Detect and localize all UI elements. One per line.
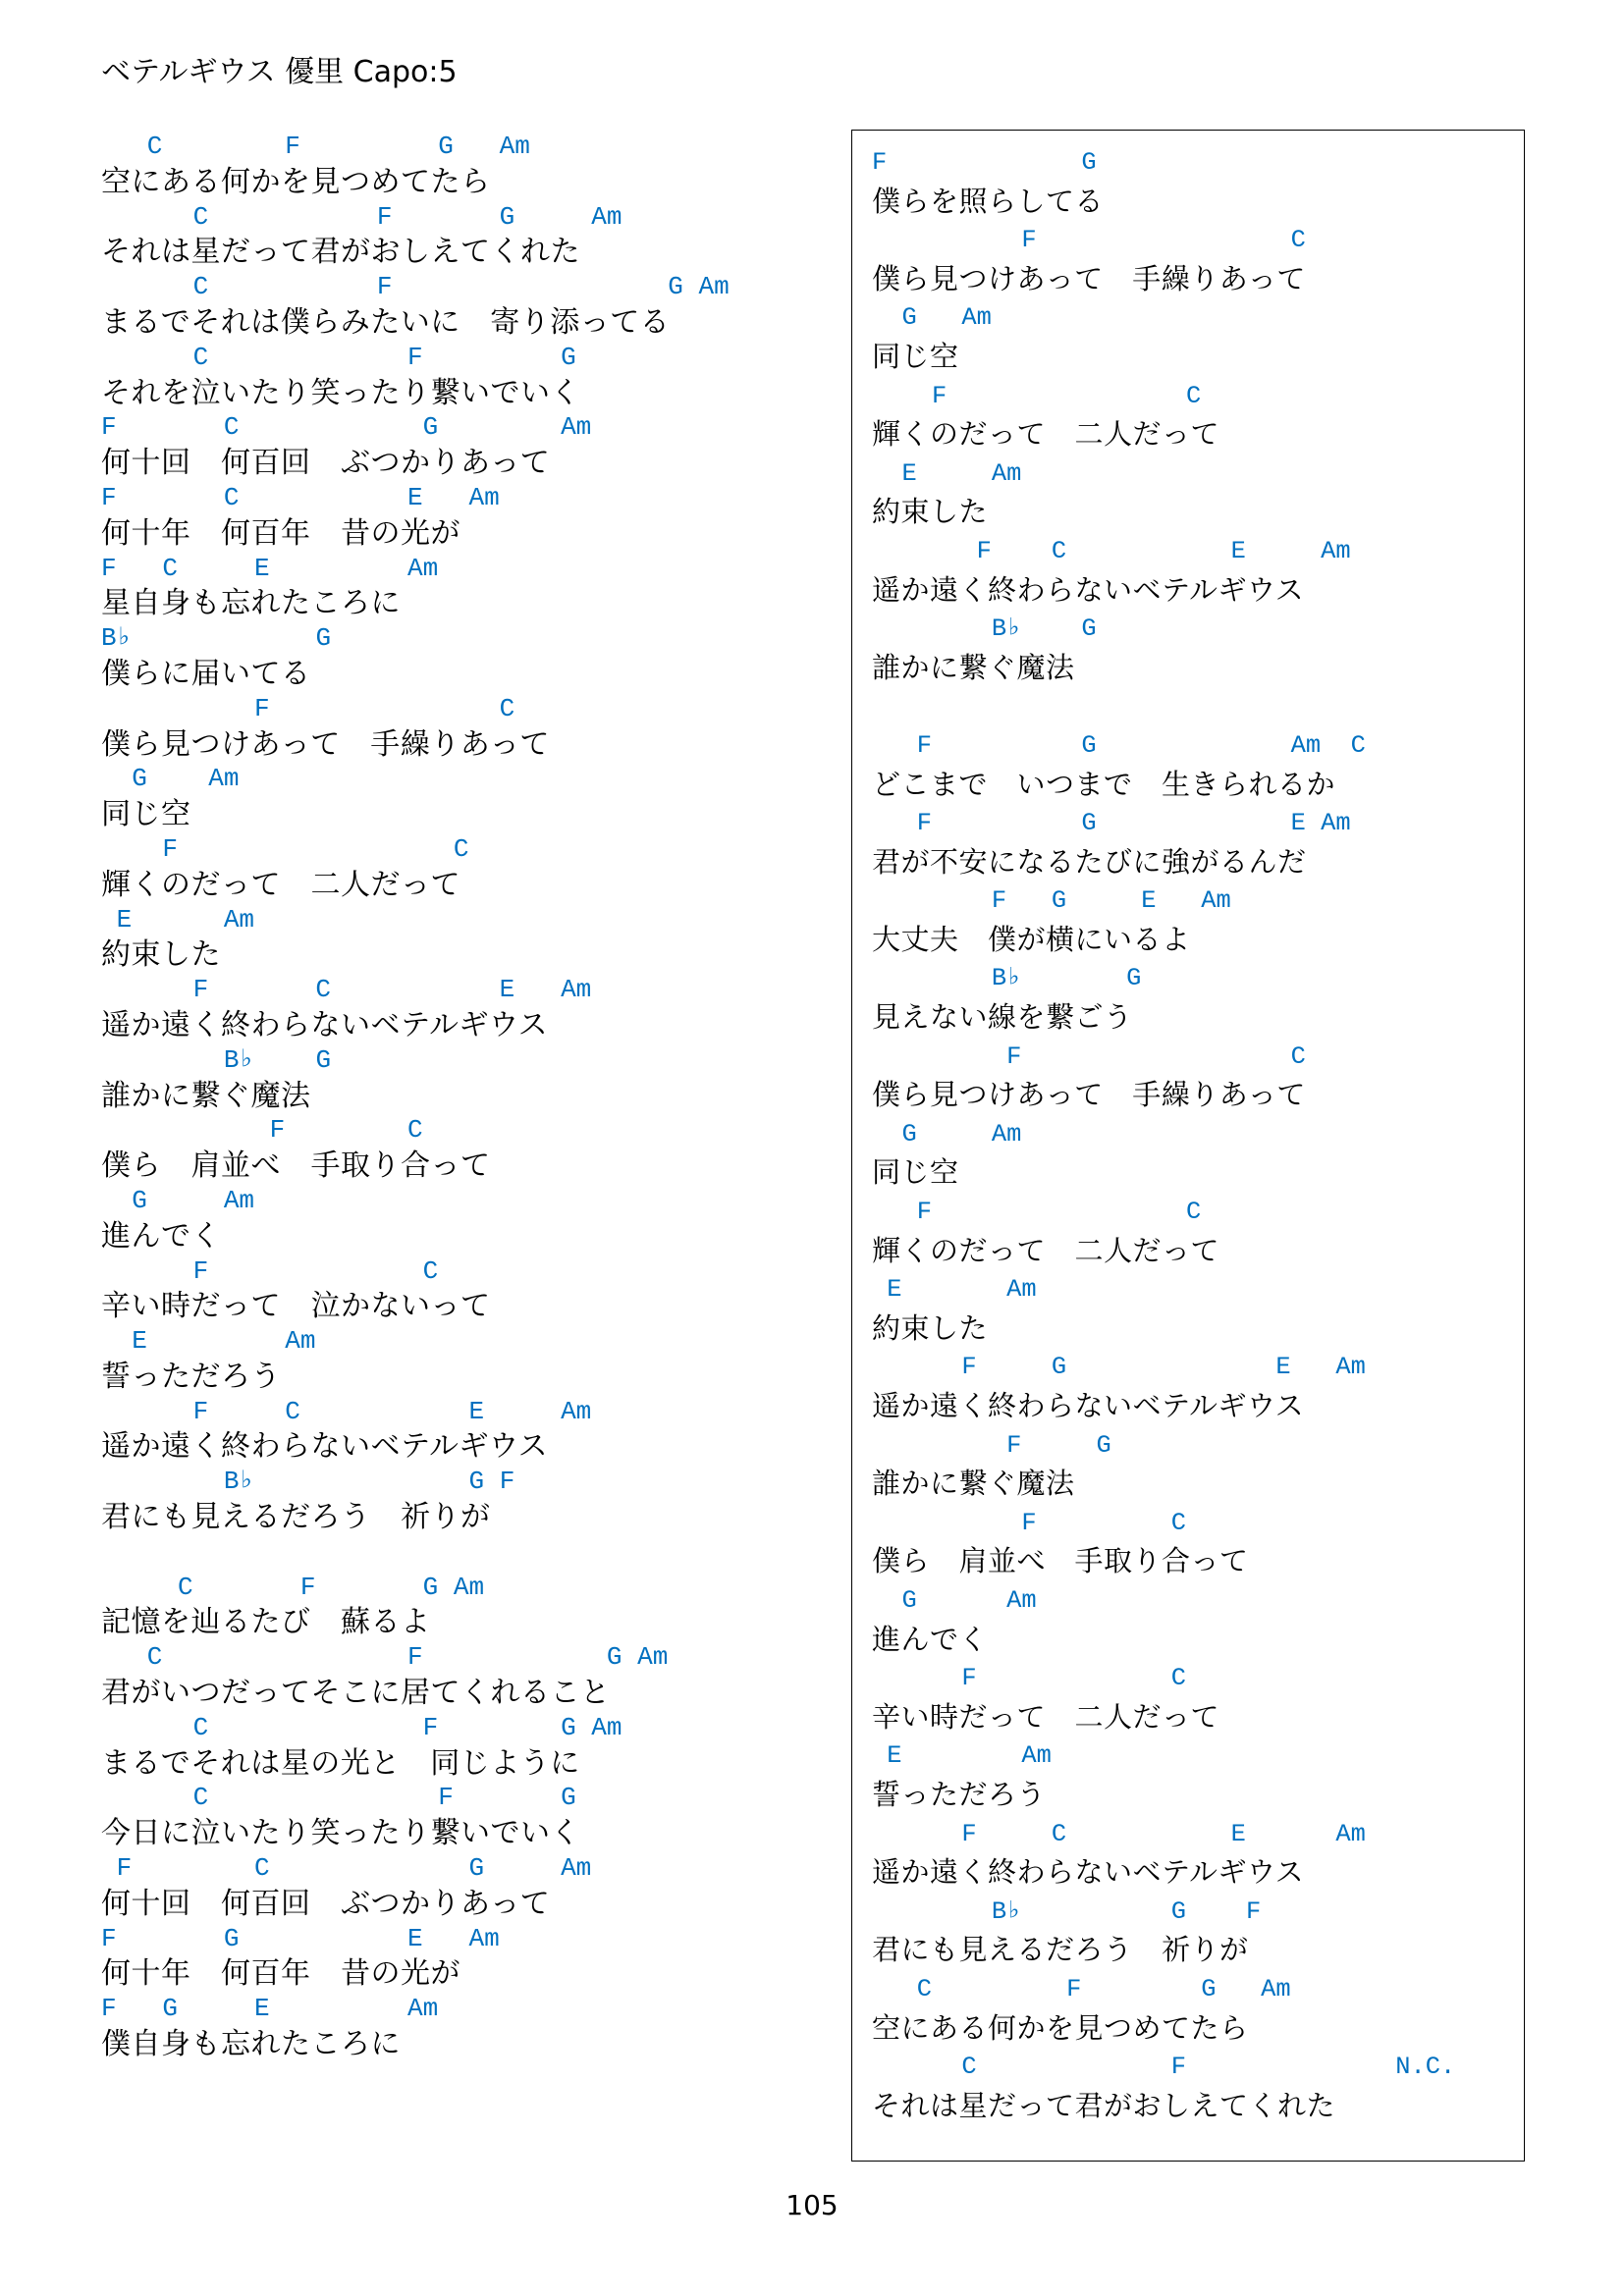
chord-line: F C: [101, 832, 808, 868]
chord-line: C F G Am: [872, 1970, 1510, 2009]
lyric-line: 誰かに繋ぐ魔法: [872, 649, 1510, 688]
right-column: F G僕らを照らしてる F C僕ら見つけあって 手繰りあって G Am同じ空 F…: [872, 143, 1510, 2125]
lyric-line: まるでそれは星の光と 同じように: [101, 1746, 808, 1782]
chord-line: B♭ G F: [872, 1893, 1510, 1932]
lyric-line: 何十年 何百年 昔の光が: [101, 516, 808, 552]
chord-line: C F G Am: [101, 1711, 808, 1746]
lyric-line: 何十回 何百回 ぶつかりあって: [101, 1887, 808, 1922]
lyric-line: 何十回 何百回 ぶつかりあって: [101, 446, 808, 481]
chord-line: F C: [872, 1193, 1510, 1232]
chord-line: F C E Am: [872, 1815, 1510, 1854]
chord-line: G Am: [872, 1581, 1510, 1621]
lyric-line: 誰かに繋ぐ魔法: [101, 1079, 808, 1114]
chord-line: F C G Am: [101, 1851, 808, 1887]
chord-line: E Am: [872, 1736, 1510, 1776]
chord-line: F C: [101, 692, 808, 727]
lyric-line: それは星だって君がおしえてくれた: [872, 2087, 1510, 2126]
chord-line: C F G Am: [101, 270, 808, 305]
chord-line: C F G: [101, 1781, 808, 1816]
lyric-line: 輝くのだって 二人だって: [872, 415, 1510, 454]
chord-line: F C: [872, 1504, 1510, 1543]
lyric-line: 辛い時だって 二人だって: [872, 1698, 1510, 1737]
chord-line: E Am: [872, 454, 1510, 494]
chord-line: F G E Am: [872, 804, 1510, 843]
chord-line: C F G Am: [101, 200, 808, 236]
chord-line: F C E Am: [101, 481, 808, 516]
lyric-line: 輝くのだって 二人だって: [101, 868, 808, 903]
chord-line: F G E Am: [872, 1348, 1510, 1387]
chord-line: F C: [872, 1659, 1510, 1698]
lyric-line: 遥か遠く終わらないベテルギウス: [101, 1429, 808, 1465]
lyric-line: 遥か遠く終わらないベテルギウス: [872, 1387, 1510, 1426]
lyric-line: 誓っただろう: [872, 1776, 1510, 1815]
chord-line: F C E Am: [101, 552, 808, 587]
chord-line: B♭ G: [101, 1043, 808, 1079]
lyric-line: 約束した: [101, 937, 808, 973]
lyric-line: 同じ空: [101, 797, 808, 832]
chord-line: F C G Am: [101, 410, 808, 446]
lyric-line: 君にも見えるだろう 祈りが: [872, 1931, 1510, 1970]
lyric-line: 遥か遠く終わらないベテルギウス: [872, 571, 1510, 611]
lyric-line: 大丈夫 僕が横にいるよ: [872, 921, 1510, 960]
lyric-line: 遥か遠く終わらないベテルギウス: [872, 1853, 1510, 1893]
chord-line: B♭ G F: [101, 1465, 808, 1500]
chord-line: C F G: [101, 341, 808, 376]
lyric-line: 空にある何かを見つめてたら: [872, 2009, 1510, 2049]
lyric-line: 辛い時だって 泣かないって: [101, 1289, 808, 1324]
chord-line: F G E Am: [872, 881, 1510, 921]
lyric-line: 僕らに届いてる: [101, 657, 808, 692]
chord-line: C F G Am: [101, 1571, 808, 1606]
lyric-line: 僕ら見つけあって 手繰りあって: [872, 1076, 1510, 1115]
chord-line: E Am: [101, 1324, 808, 1360]
chord-line: G Am: [872, 298, 1510, 338]
lyric-line: 僕ら 肩並べ 手取り合って: [101, 1148, 808, 1184]
lyric-line: 約束した: [872, 493, 1510, 532]
lyric-line: 誰かに繋ぐ魔法: [872, 1465, 1510, 1504]
chord-line: F G: [872, 1426, 1510, 1466]
lyric-line: どこまで いつまで 生きられるか: [872, 766, 1510, 805]
section-gap: [101, 1535, 808, 1571]
lyric-line: 僕らを照らしてる: [872, 183, 1510, 222]
chord-line: F C: [101, 1255, 808, 1290]
chord-line: F G Am C: [872, 726, 1510, 766]
left-column: C F G Am空にある何かを見つめてたら C F G Amそれは星だって君がお…: [101, 130, 808, 2062]
lyric-line: 何十年 何百年 昔の光が: [101, 1956, 808, 1992]
chord-line: G Am: [872, 1115, 1510, 1154]
lyric-line: 星自身も忘れたころに: [101, 586, 808, 621]
lyric-line: それを泣いたり笑ったり繋いでいく: [101, 376, 808, 411]
lyric-line: 僕ら見つけあって 手繰りあって: [101, 727, 808, 763]
lyric-line: 輝くのだって 二人だって: [872, 1232, 1510, 1271]
section-gap: [872, 687, 1510, 726]
lyric-line: 約束した: [872, 1309, 1510, 1349]
chord-line: G Am: [101, 1184, 808, 1219]
lyric-line: 今日に泣いたり笑ったり繋いでいく: [101, 1816, 808, 1851]
lyric-line: 空にある何かを見つめてたら: [101, 165, 808, 200]
chord-line: C F N.C.: [872, 2048, 1510, 2087]
lyric-line: 僕ら 肩並べ 手取り合って: [872, 1542, 1510, 1581]
chord-line: B♭ G: [872, 959, 1510, 998]
lyric-line: 同じ空: [872, 1153, 1510, 1193]
chord-line: F C: [101, 1113, 808, 1148]
chord-line: F G: [872, 143, 1510, 183]
chord-line: F C E Am: [101, 973, 808, 1008]
chord-line: B♭ G: [872, 610, 1510, 649]
chord-line: F G E Am: [101, 1922, 808, 1957]
lyric-line: 君が不安になるたびに強がるんだ: [872, 843, 1510, 882]
lyric-line: 遥か遠く終わらないベテルギウス: [101, 1008, 808, 1043]
lyric-line: まるでそれは僕らみたいに 寄り添ってる: [101, 305, 808, 341]
chord-line: C F G Am: [101, 1640, 808, 1676]
lyric-line: 僕ら見つけあって 手繰りあって: [872, 260, 1510, 299]
chord-line: F C E Am: [872, 532, 1510, 571]
lyric-line: 進んでく: [872, 1621, 1510, 1660]
lyric-line: 見えない線を繋ごう: [872, 998, 1510, 1038]
song-title: ベテルギウス 優里 Capo:5: [101, 55, 458, 90]
chord-line: B♭ G: [101, 621, 808, 657]
lyric-line: 記憶を辿るたび 蘇るよ: [101, 1605, 808, 1640]
lyric-line: 誓っただろう: [101, 1360, 808, 1395]
lyric-line: 君にも見えるだろう 祈りが: [101, 1500, 808, 1535]
chord-line: F C E Am: [101, 1395, 808, 1430]
chord-line: F C: [872, 377, 1510, 416]
chord-line: F C: [872, 1038, 1510, 1077]
chord-line: F G E Am: [101, 1992, 808, 2027]
chord-line: F C: [872, 221, 1510, 260]
chord-line: E Am: [872, 1270, 1510, 1309]
chord-line: C F G Am: [101, 130, 808, 165]
lyric-line: 僕自身も忘れたころに: [101, 2027, 808, 2062]
lyric-line: それは星だって君がおしえてくれた: [101, 235, 808, 270]
lyric-line: 君がいつだってそこに居てくれること: [101, 1676, 808, 1711]
page-number: 105: [0, 2189, 1624, 2221]
chord-line: E Am: [101, 903, 808, 938]
chord-line: G Am: [101, 762, 808, 797]
lyric-line: 進んでく: [101, 1219, 808, 1255]
lyric-line: 同じ空: [872, 338, 1510, 377]
